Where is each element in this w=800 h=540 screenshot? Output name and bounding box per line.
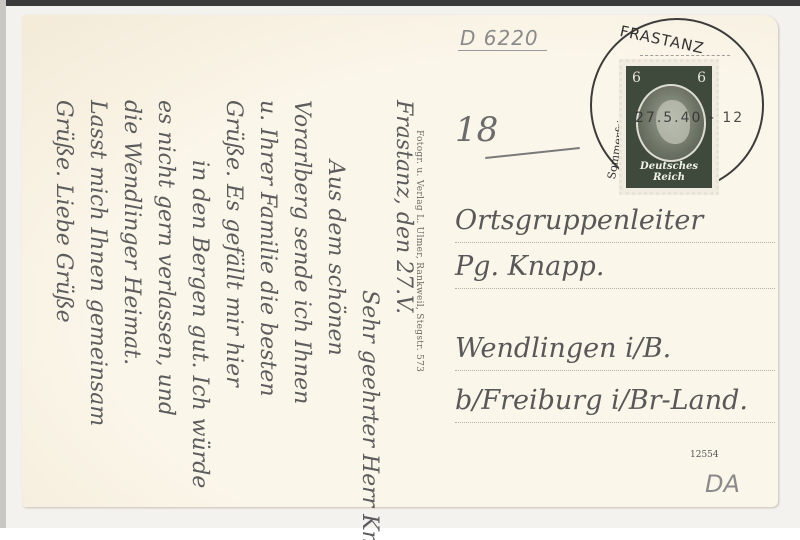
message-line: Grüße. Es gefällt mir hier	[216, 100, 250, 490]
address-line-1: Ortsgruppenleiter	[455, 202, 775, 243]
stamp-face: 6 6 Deutsches Reich	[626, 66, 712, 188]
postmark-cancel-lines	[640, 55, 730, 68]
message-line: in den Bergen gut. Ich würde	[182, 100, 216, 490]
message-line: Grüße. Liebe Grüße	[46, 100, 80, 490]
address-line-3: Wendlingen i/B.	[455, 330, 775, 371]
message-line: die Wendlinger Heimat.	[114, 100, 148, 490]
postage-note: 18	[455, 110, 498, 150]
address-line-2: Pg. Knapp.	[455, 248, 775, 289]
scan-border-left	[0, 0, 6, 540]
message-line: Vorarlberg sende ich Ihnen	[284, 100, 318, 490]
pencil-mark: DA	[705, 470, 740, 498]
message-line: es nicht gern verlassen, und	[148, 100, 182, 490]
stamp-value-right: 6	[697, 70, 706, 86]
message-line: Aus dem schönen	[318, 100, 352, 490]
message-salutation: Sehr geehrter Herr Knapp!	[352, 100, 386, 490]
stamp-country: Deutsches Reich	[626, 161, 712, 183]
postmark-date: 27.5.40 - 12	[635, 110, 744, 126]
postage-stamp: 6 6 Deutsches Reich	[619, 59, 719, 195]
stamp-value-left: 6	[632, 70, 641, 86]
scan-border-bottom	[0, 528, 800, 540]
message-line: Lasst mich Ihnen gemeinsam	[80, 100, 114, 490]
stock-number: 12554	[690, 450, 719, 460]
message-line: u. Ihrer Familie die besten	[250, 100, 284, 490]
scan-border-top	[0, 0, 800, 6]
address-line-4: b/Freiburg i/Br-Land.	[455, 382, 775, 423]
publisher-imprint: Fotogr. u. Verlag L. Ulmer, Rankweil, St…	[414, 130, 424, 372]
handwritten-message: Frastanz, den 27.V. Sehr geehrter Herr K…	[46, 100, 420, 490]
pencil-catalog-code: D 6220	[458, 26, 547, 51]
